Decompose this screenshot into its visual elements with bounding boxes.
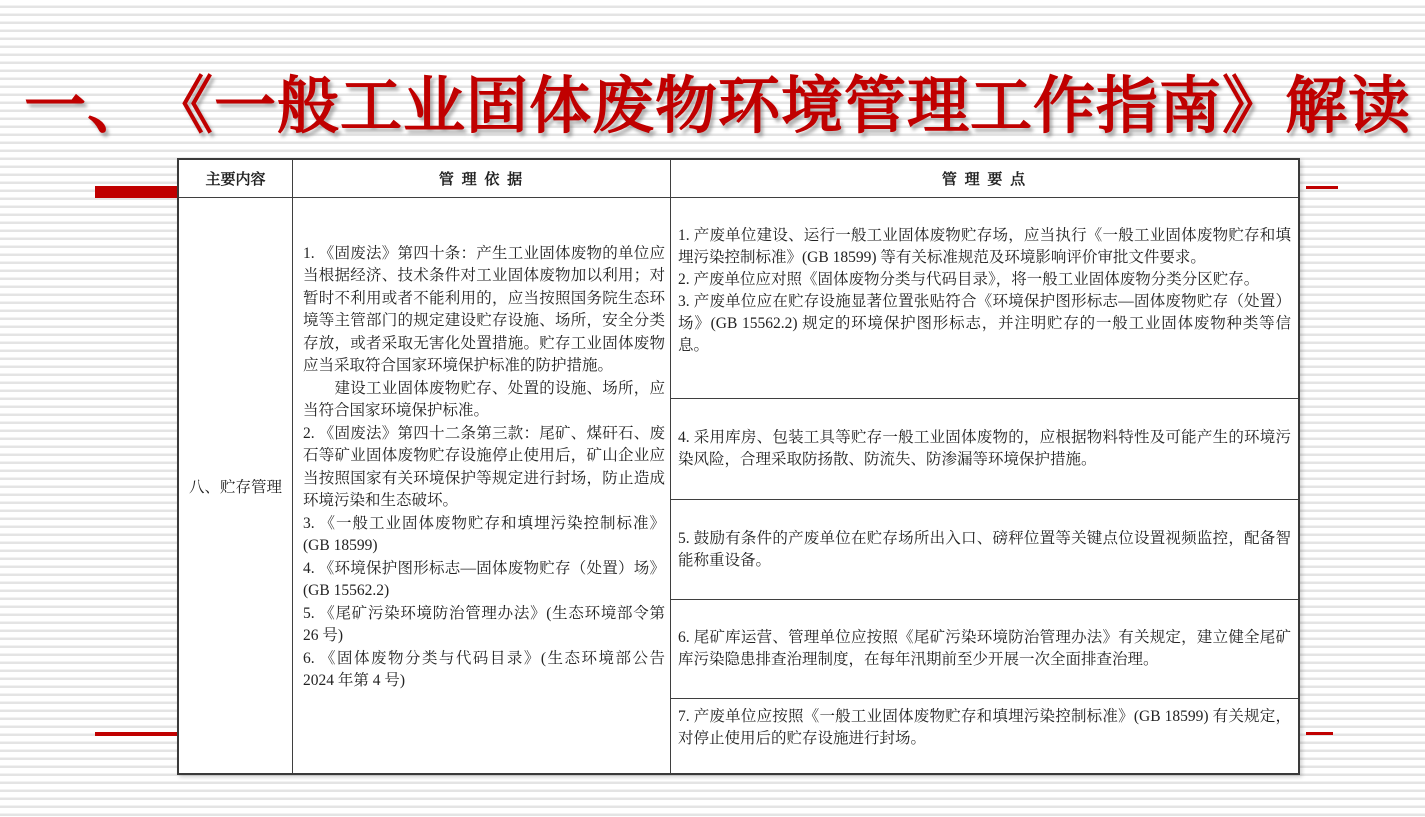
column-header-management-points: 管 理 要 点 xyxy=(671,160,1298,198)
page-title: 一、 《一般工业固体废物环境管理工作指南》解读 xyxy=(24,56,1424,145)
points-paragraph: 6. 尾矿库运营、管理单位应按照《尾矿污染环境防治管理办法》有关规定，建立健全尾… xyxy=(678,627,1291,671)
basis-paragraph: 6. 《固体废物分类与代码目录》(生态环境部公告 2024 年第 4 号) xyxy=(303,648,665,693)
points-paragraph: 5. 鼓励有条件的产废单位在贮存场所出入口、磅秤位置等关键点位设置视频监控，配备… xyxy=(678,528,1291,572)
basis-paragraph: 1. 《固废法》第四十条：产生工业固体废物的单位应当根据经济、技术条件对工业固体… xyxy=(303,243,665,378)
points-paragraph: 1. 产废单位建设、运行一般工业固体废物贮存场，应当执行《一般工业固体废物贮存和… xyxy=(678,225,1291,269)
management-points-cell-3: 5. 鼓励有条件的产废单位在贮存场所出入口、磅秤位置等关键点位设置视频监控，配备… xyxy=(671,500,1298,600)
basis-paragraph: 3. 《一般工业固体废物贮存和填埋污染控制标准》(GB 18599) xyxy=(303,513,665,558)
column-header-management-basis: 管 理 依 据 xyxy=(293,160,671,198)
red-accent-line-bottom-right xyxy=(1306,732,1333,735)
basis-paragraph: 2. 《固废法》第四十二条第三款：尾矿、煤矸石、废石等矿业固体废物贮存设施停止使… xyxy=(303,423,665,513)
management-points-cell-5: 7. 产废单位应按照《一般工业固体废物贮存和填埋污染控制标准》(GB 18599… xyxy=(671,699,1298,773)
points-paragraph: 4. 采用库房、包装工具等贮存一般工业固体废物的，应根据物料特性及可能产生的环境… xyxy=(678,427,1291,471)
red-accent-bar-top-left xyxy=(95,186,178,198)
column-header-main-content: 主要内容 xyxy=(179,160,293,198)
basis-paragraph: 建设工业固体废物贮存、处置的设施、场所，应当符合国家环境保护标准。 xyxy=(303,378,665,423)
management-points-cell-4: 6. 尾矿库运营、管理单位应按照《尾矿污染环境防治管理办法》有关规定，建立健全尾… xyxy=(671,600,1298,699)
red-accent-line-top-right xyxy=(1306,186,1338,189)
management-guide-table: 主要内容 管 理 依 据 管 理 要 点 八、贮存管理 1. 《固废法》第四十条… xyxy=(177,158,1300,775)
red-accent-line-bottom-left xyxy=(95,732,180,736)
slide-background: 一、 《一般工业固体废物环境管理工作指南》解读 主要内容 管 理 依 据 管 理… xyxy=(0,0,1425,817)
basis-paragraph: 5. 《尾矿污染环境防治管理办法》(生态环境部令第 26 号) xyxy=(303,603,665,648)
points-paragraph: 7. 产废单位应按照《一般工业固体废物贮存和填埋污染控制标准》(GB 18599… xyxy=(678,706,1291,750)
management-points-cell-2: 4. 采用库房、包装工具等贮存一般工业固体废物的，应根据物料特性及可能产生的环境… xyxy=(671,399,1298,500)
points-paragraph: 2. 产废单位应对照《固体废物分类与代码目录》，将一般工业固体废物分类分区贮存。 xyxy=(678,269,1291,291)
basis-paragraph: 4. 《环境保护图形标志—固体废物贮存（处置）场》(GB 15562.2) xyxy=(303,558,665,603)
management-points-cell-1: 1. 产废单位建设、运行一般工业固体废物贮存场，应当执行《一般工业固体废物贮存和… xyxy=(671,198,1298,399)
management-basis-cell: 1. 《固废法》第四十条：产生工业固体废物的单位应当根据经济、技术条件对工业固体… xyxy=(293,198,671,773)
row-label-storage-management: 八、贮存管理 xyxy=(179,198,293,773)
points-paragraph: 3. 产废单位应在贮存设施显著位置张贴符合《环境保护图形标志—固体废物贮存（处置… xyxy=(678,291,1291,357)
